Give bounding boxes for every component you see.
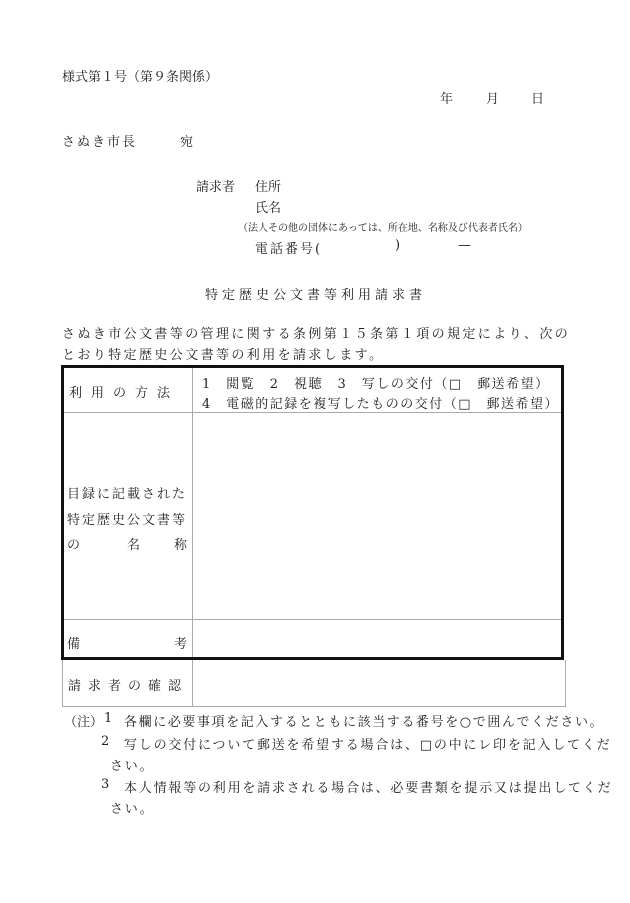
- note-3-continuation: さい。: [110, 798, 154, 817]
- name-label: 氏名: [255, 197, 281, 216]
- method-label: 利用の方法: [69, 382, 179, 401]
- date-day-label: 日: [531, 88, 544, 107]
- note-2-continuation: さい。: [110, 755, 154, 774]
- document-name-label-line-1: 目録に記載された: [67, 483, 187, 502]
- phone-label: 電話番号(: [255, 238, 322, 257]
- method-options-line-2[interactable]: 4 電磁的記録を複写したものの交付（□ 郵送希望）: [202, 393, 559, 412]
- confirmation-label: 請求者の確認: [68, 675, 188, 694]
- corporate-note: （法人その他の団体にあっては、所在地、名称及び代表者氏名）: [238, 219, 528, 234]
- addressee-suffix: 宛: [180, 131, 193, 150]
- document-name-label-name: 名: [127, 534, 140, 553]
- requester-label: 請求者: [196, 176, 235, 195]
- document-name-label-line-2: 特定歴史公文書等: [67, 509, 187, 528]
- method-options-line-1[interactable]: 1 閲覧 2 視聴 3 写しの交付（□ 郵送希望）: [202, 373, 550, 392]
- intro-line-2: とおり特定歴史公文書等の利用を請求します。: [62, 344, 384, 363]
- form-number: 様式第１号（第９条関係）: [62, 66, 218, 85]
- phone-paren-close: ): [395, 238, 400, 253]
- request-table: 利用の方法 1 閲覧 2 視聴 3 写しの交付（□ 郵送希望） 4 電磁的記録を…: [61, 365, 564, 660]
- note-1-text: 各欄に必要事項を記入するとともに該当する番号を○で囲んでください。: [124, 711, 604, 730]
- remarks-label-b: 考: [174, 633, 187, 652]
- note-2-text: 写しの交付について郵送を希望する場合は、□の中にレ印を記入してくだ: [124, 734, 611, 753]
- document-name-field[interactable]: [194, 413, 560, 618]
- address-label: 住所: [255, 176, 281, 195]
- date-year-label: 年: [440, 88, 453, 107]
- note-2-number: 2: [101, 734, 109, 749]
- note-3-number: 3: [101, 777, 109, 792]
- remarks-label-a: 備: [67, 633, 80, 652]
- date-month-label: 月: [486, 88, 499, 107]
- note-1-number: 1: [104, 711, 112, 726]
- intro-line-1: さぬき市公文書等の管理に関する条例第１５条第１項の規定により、次の: [62, 323, 570, 342]
- notes-prefix: （注）: [64, 711, 103, 730]
- document-title: 特定歴史公文書等利用請求書: [205, 284, 426, 303]
- addressee: さぬき市長: [62, 131, 137, 150]
- note-3-text: 本人情報等の利用を請求される場合は、必要書類を提示又は提出してくだ: [124, 777, 612, 796]
- phone-dash: —: [458, 238, 471, 253]
- column-divider: [192, 660, 193, 706]
- document-name-label-title: 称: [174, 534, 187, 553]
- confirmation-field[interactable]: [194, 660, 564, 706]
- document-name-label-of: の: [67, 534, 80, 553]
- remarks-field[interactable]: [194, 620, 560, 657]
- confirmation-row: 請求者の確認: [62, 660, 566, 707]
